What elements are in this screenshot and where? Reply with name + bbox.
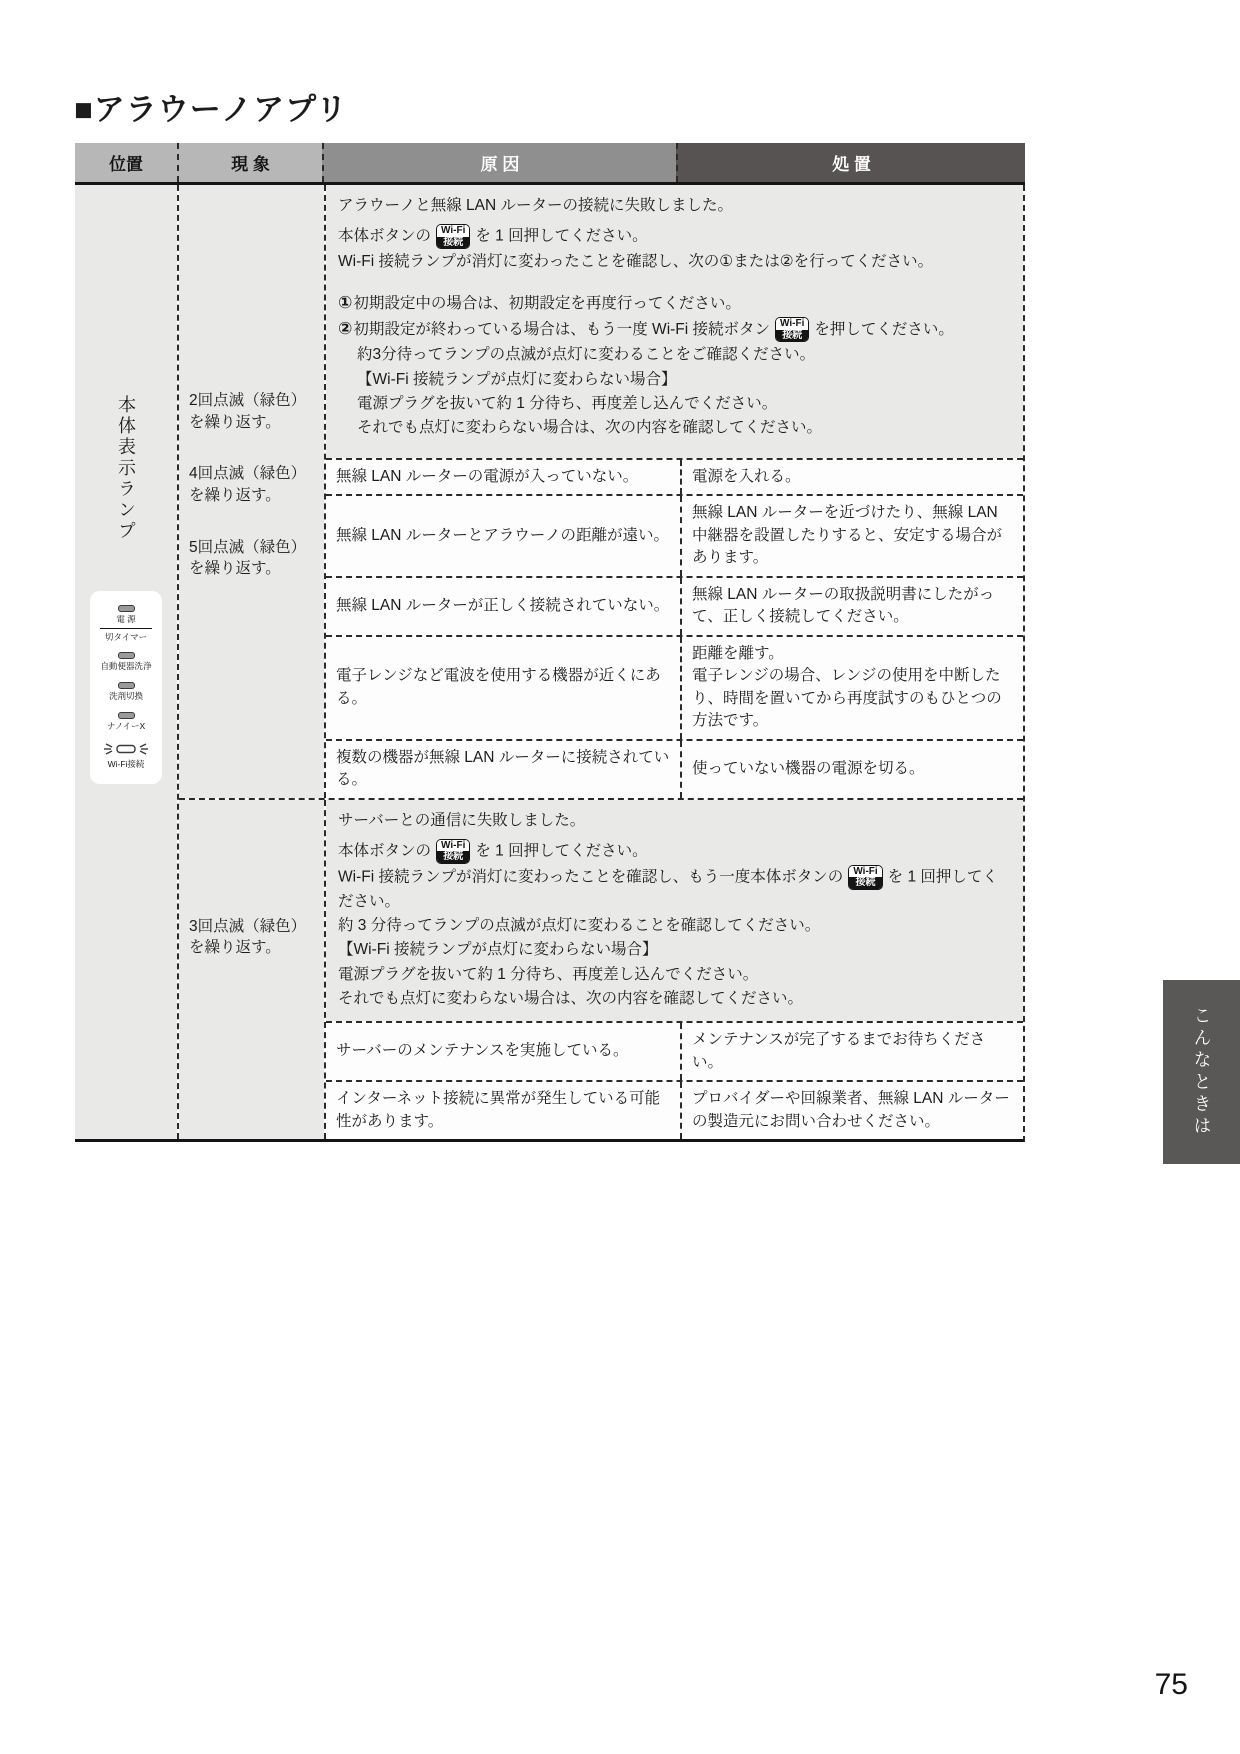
off-timer-label: 切タイマー xyxy=(105,632,147,643)
manual-page: ■アラウーノアプリ 位置 現 象 原 因 処 置 本体表示ランプ 電 源 切タイ… xyxy=(0,0,1240,1754)
wifi-connect-button-icon: Wi-Fi接続 xyxy=(436,224,470,249)
wifi-badge-top: Wi-Fi xyxy=(849,866,881,878)
position-column: 本体表示ランプ 電 源 切タイマー 自動便器洗浄 洗剤切換 xyxy=(75,185,177,1139)
action-cell: メンテナンスが完了するまでお待ちください。 xyxy=(680,1023,1023,1080)
wifi-badge-bottom: 接続 xyxy=(776,330,808,342)
intro2-line1: サーバーとの通信に失敗しました。 xyxy=(338,809,1011,832)
step1-text: 初期設定中の場合は、初期設定を再度行ってください。 xyxy=(353,295,741,312)
header-phenomenon: 現 象 xyxy=(177,143,322,182)
lamp-wifi-group: Wi-Fi接続 xyxy=(93,741,159,770)
cause-cell: 無線 LAN ルーターの電源が入っていない。 xyxy=(326,460,680,494)
phenomenon-item: 4回点滅（緑色）を繰り返す。 xyxy=(189,463,318,506)
page-number: 75 xyxy=(1155,1668,1188,1702)
cause-cell: 無線 LAN ルーターが正しく接続されていない。 xyxy=(326,578,680,635)
table-row: 複数の機器が無線 LAN ルーターに接続されている。 使っていない機器の電源を切… xyxy=(326,739,1023,798)
troubleshooting-table: 位置 現 象 原 因 処 置 本体表示ランプ 電 源 切タイマー xyxy=(75,143,1025,1142)
action-cell: プロバイダーや回線業者、無線 LAN ルーターの製造元にお問い合わせください。 xyxy=(680,1082,1023,1139)
table-body: 本体表示ランプ 電 源 切タイマー 自動便器洗浄 洗剤切換 xyxy=(75,185,1025,1142)
phenomenon-cell-2: 3回点滅（緑色）を繰り返す。 xyxy=(179,800,324,1139)
lamp-nanoe-group: ナノイーX xyxy=(93,712,159,732)
intro2-line3: Wi-Fi 接続ランプが消灯に変わったことを確認し、もう一度本体ボタンのWi-F… xyxy=(338,865,1011,913)
action-cell: 無線 LAN ルーターの取扱説明書にしたがって、正しく接続してください。 xyxy=(680,578,1023,635)
table-row: サーバーのメンテナンスを実施している。 メンテナンスが完了するまでお待ちください… xyxy=(326,1021,1023,1080)
wifi-lamp-label: Wi-Fi接続 xyxy=(108,759,145,770)
nanoe-lamp-icon xyxy=(118,712,135,719)
table-row: 無線 LAN ルーターとアラウーノの距離が遠い。 無線 LAN ルーターを近づけ… xyxy=(326,494,1023,575)
intro2-line7: それでも点灯に変わらない場合は、次の内容を確認してください。 xyxy=(338,987,1011,1010)
phenomenon-cell-1: 2回点滅（緑色）を繰り返す。 4回点滅（緑色）を繰り返す。 5回点滅（緑色）を繰… xyxy=(179,185,324,798)
cause-cell: 複数の機器が無線 LAN ルーターに接続されている。 xyxy=(326,741,680,798)
table-row: 無線 LAN ルーターの電源が入っていない。 電源を入れる。 xyxy=(326,458,1023,494)
action-cell: 距離を離す。 電子レンジの場合、レンジの使用を中断したり、時間を置いてから再度試… xyxy=(680,637,1023,739)
step2-text-post: を押してください。 xyxy=(814,321,954,338)
auto-flush-label: 自動便器洗浄 xyxy=(100,661,151,672)
wifi-connect-button-icon: Wi-Fi接続 xyxy=(848,865,882,890)
intro2-line3-pre: Wi-Fi 接続ランプが消灯に変わったことを確認し、もう一度本体ボタンの xyxy=(338,868,843,885)
cause-cell: インターネット接続に異常が発生している可能性があります。 xyxy=(326,1082,680,1139)
table-row: 電子レンジなど電波を使用する機器が近くにある。 距離を離す。 電子レンジの場合、… xyxy=(326,635,1023,739)
intro1-line2-pre: 本体ボタンの xyxy=(338,228,431,245)
lamp-auto-flush-group: 自動便器洗浄 xyxy=(93,652,159,672)
nanoe-label: ナノイーX xyxy=(107,721,145,732)
wifi-badge-bottom: 接続 xyxy=(849,877,881,889)
table-row: インターネット接続に異常が発生している可能性があります。 プロバイダーや回線業者… xyxy=(326,1080,1023,1139)
action-cell: 電源を入れる。 xyxy=(680,460,1023,494)
wifi-blinking-lamp-icon xyxy=(103,741,149,757)
intro1-line9: それでも点灯に変わらない場合は、次の内容を確認してください。 xyxy=(338,416,1011,439)
header-action: 処 置 xyxy=(676,143,1025,182)
detergent-label: 洗剤切換 xyxy=(109,691,143,702)
intro1-line3: Wi-Fi 接続ランプが消灯に変わったことを確認し、次の①または②を行ってくださ… xyxy=(338,250,1011,273)
table-row: 無線 LAN ルーターが正しく接続されていない。 無線 LAN ルーターの取扱説… xyxy=(326,576,1023,635)
cause-cell: 電子レンジなど電波を使用する機器が近くにある。 xyxy=(326,637,680,739)
intro1-line7: 【Wi-Fi 接続ランプが点灯に変わらない場合】 xyxy=(338,368,1011,391)
wifi-badge-top: Wi-Fi xyxy=(437,225,469,237)
step2-text-pre: 初期設定が終わっている場合は、もう一度 Wi-Fi 接続ボタン xyxy=(353,321,770,338)
chapter-side-tab: こんなときは xyxy=(1163,980,1240,1164)
phenomenon-item: 5回点滅（緑色）を繰り返す。 xyxy=(189,537,318,580)
phenomenon-item: 3回点滅（緑色）を繰り返す。 xyxy=(189,916,318,959)
wifi-badge-top: Wi-Fi xyxy=(776,318,808,330)
intro2-line6: 電源プラグを抜いて約 1 分待ち、再度差し込んでください。 xyxy=(338,963,1011,986)
wifi-connect-button-icon: Wi-Fi接続 xyxy=(436,839,470,864)
step2-number: ② xyxy=(338,319,352,338)
header-cause: 原 因 xyxy=(322,143,676,182)
action-cell: 使っていない機器の電源を切る。 xyxy=(680,741,1023,798)
lamp-divider xyxy=(100,628,152,629)
wifi-connect-button-icon: Wi-Fi接続 xyxy=(775,317,809,342)
lamp-detergent-group: 洗剤切換 xyxy=(93,682,159,702)
table-right-area: 2回点滅（緑色）を繰り返す。 4回点滅（緑色）を繰り返す。 5回点滅（緑色）を繰… xyxy=(177,185,1023,1139)
section-blink-3: 3回点滅（緑色）を繰り返す。 サーバーとの通信に失敗しました。 本体ボタンのWi… xyxy=(179,798,1023,1139)
intro-text-1: アラウーノと無線 LAN ルーターの接続に失敗しました。 本体ボタンのWi-Fi… xyxy=(326,185,1023,458)
section-blink-245: 2回点滅（緑色）を繰り返す。 4回点滅（緑色）を繰り返す。 5回点滅（緑色）を繰… xyxy=(179,185,1023,798)
phenomenon-item: 2回点滅（緑色）を繰り返す。 xyxy=(189,390,318,433)
detergent-lamp-icon xyxy=(118,682,135,689)
intro2-line5: 【Wi-Fi 接続ランプが点灯に変わらない場合】 xyxy=(338,938,1011,961)
page-title: ■アラウーノアプリ xyxy=(74,84,348,129)
intro1-line6: 約3分待ってランプの点滅が点灯に変わることをご確認ください。 xyxy=(338,343,1011,366)
intro2-line2-pre: 本体ボタンの xyxy=(338,842,431,859)
position-label: 本体表示ランプ xyxy=(113,395,139,542)
intro1-step2: ②初期設定が終わっている場合は、もう一度 Wi-Fi 接続ボタンWi-Fi接続を… xyxy=(338,316,1011,342)
header-position: 位置 xyxy=(75,143,177,182)
action-cell: 無線 LAN ルーターを近づけたり、無線 LAN 中継器を設置したりすると、安定… xyxy=(680,496,1023,575)
intro1-line2-post: を 1 回押してください。 xyxy=(475,228,647,245)
lamp-panel: 電 源 切タイマー 自動便器洗浄 洗剤切換 ナノイーX xyxy=(90,591,162,784)
cause-action-area-1: アラウーノと無線 LAN ルーターの接続に失敗しました。 本体ボタンのWi-Fi… xyxy=(324,185,1023,798)
power-lamp-label: 電 源 xyxy=(116,614,135,625)
intro1-line8: 電源プラグを抜いて約 1 分待ち、再度差し込んでください。 xyxy=(338,392,1011,415)
intro2-line2: 本体ボタンのWi-Fi接続を 1 回押してください。 xyxy=(338,839,1011,864)
intro1-line2: 本体ボタンのWi-Fi接続を 1 回押してください。 xyxy=(338,224,1011,249)
intro2-line2-post: を 1 回押してください。 xyxy=(475,842,647,859)
wifi-badge-bottom: 接続 xyxy=(437,237,469,249)
cause-cell: サーバーのメンテナンスを実施している。 xyxy=(326,1023,680,1080)
intro-text-2: サーバーとの通信に失敗しました。 本体ボタンのWi-Fi接続を 1 回押してくだ… xyxy=(326,800,1023,1022)
power-lamp-icon xyxy=(118,605,135,612)
step1-number: ① xyxy=(338,293,352,312)
auto-flush-lamp-icon xyxy=(118,652,135,659)
wifi-badge-bottom: 接続 xyxy=(437,851,469,863)
intro1-step1: ①初期設定中の場合は、初期設定を再度行ってください。 xyxy=(338,290,1011,316)
cause-action-area-2: サーバーとの通信に失敗しました。 本体ボタンのWi-Fi接続を 1 回押してくだ… xyxy=(324,800,1023,1139)
intro1-line1: アラウーノと無線 LAN ルーターの接続に失敗しました。 xyxy=(338,194,1011,217)
cause-cell: 無線 LAN ルーターとアラウーノの距離が遠い。 xyxy=(326,496,680,575)
lamp-power-group: 電 源 切タイマー xyxy=(93,605,159,642)
wifi-badge-top: Wi-Fi xyxy=(437,840,469,852)
table-header-row: 位置 現 象 原 因 処 置 xyxy=(75,143,1025,185)
intro2-line4: 約 3 分待ってランプの点滅が点灯に変わることを確認してください。 xyxy=(338,914,1011,937)
